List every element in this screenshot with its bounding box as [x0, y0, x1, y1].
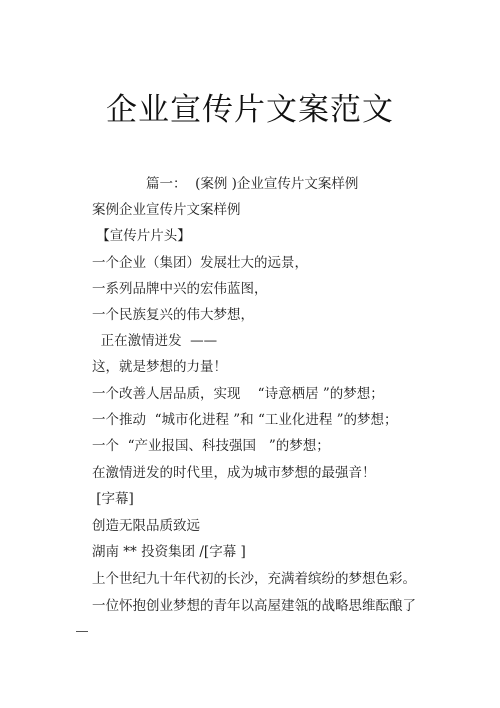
section-heading: 篇一： (案例 )企业宣传片文案样例 — [146, 175, 358, 193]
paragraph-line: 【宣传片片头】 — [92, 227, 191, 245]
paragraph-line: 上个世纪九十年代初的长沙，充满着缤纷的梦想色彩。 — [92, 570, 416, 588]
trailing-dash-mark — [76, 631, 88, 632]
paragraph-line: 一位怀抱创业梦想的青年以高屋建瓴的战略思维酝酿了 — [92, 597, 416, 615]
paragraph-line: 正在激情迸发 —— — [92, 332, 217, 350]
paragraph-line: 这，就是梦想的力量！ — [92, 358, 227, 376]
paragraph-line: 在激情迸发的时代里，成为城市梦想的最强音！ — [92, 464, 376, 482]
paragraph-line: 湖南 ** 投资集团 /[字幕 ] — [92, 543, 246, 561]
paragraph-line: 一个 “产业报国、科技强国 ”的梦想； — [92, 437, 330, 455]
paragraph-line: 一个推动 “城市化进程 ”和 “工业化进程 ”的梦想； — [92, 411, 398, 429]
paragraph-line: 创造无限品质致远 — [92, 517, 200, 535]
paragraph-line: 一系列品牌中兴的宏伟蓝图， — [92, 280, 268, 298]
document-page: 企业宣传片文案范文 篇一： (案例 )企业宣传片文案样例 案例企业宣传片文案样例… — [0, 0, 500, 708]
paragraph-line: [字幕] — [92, 490, 134, 508]
paragraph-line: 一个改善人居品质，实现 “诗意栖居 ”的梦想； — [92, 385, 384, 403]
paragraph-line: 案例企业宣传片文案样例 — [92, 201, 241, 219]
paragraph-line: 一个民族复兴的伟大梦想， — [92, 306, 254, 324]
document-title: 企业宣传片文案范文 — [0, 88, 500, 132]
paragraph-line: 一个企业（集团）发展壮大的远景， — [92, 254, 308, 272]
